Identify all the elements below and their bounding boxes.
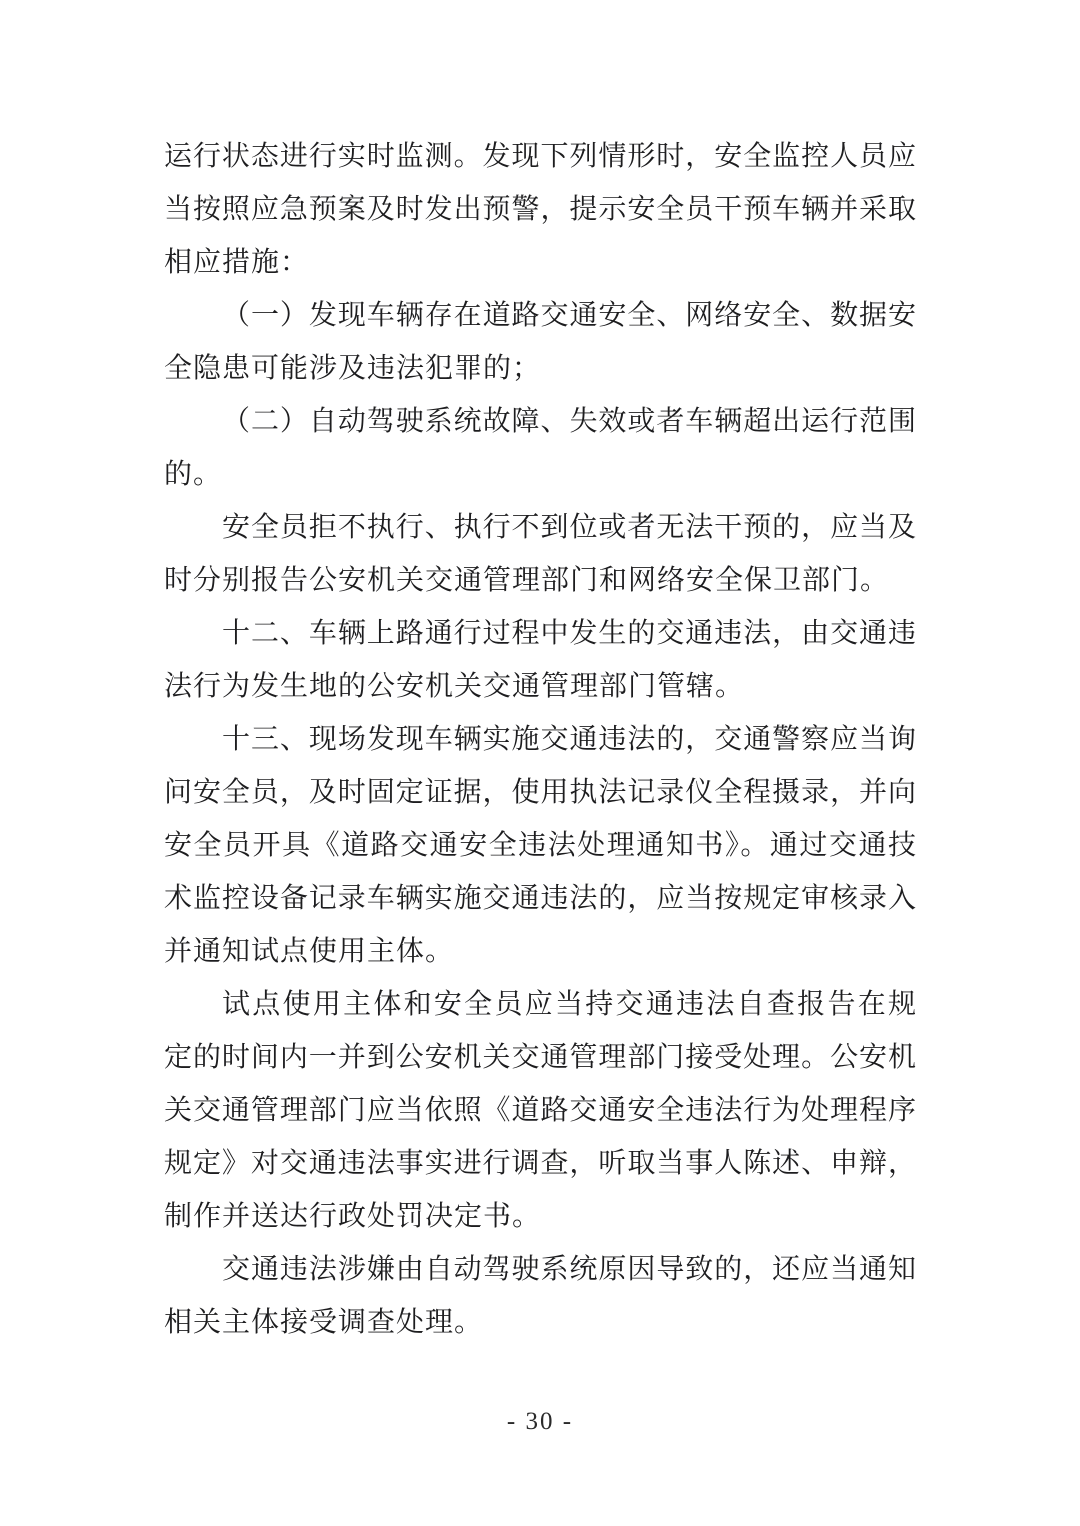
text-line: 交通违法涉嫌由自动驾驶系统原因导致的，还应当通知 bbox=[164, 1243, 916, 1296]
document-page: 运行状态进行实时监测。发现下列情形时，安全监控人员应当按照应急预案及时发出预警，… bbox=[0, 0, 1080, 1526]
text-line: （二）自动驾驶系统故障、失效或者车辆超出运行范围 bbox=[164, 395, 916, 448]
text-line: 安全员拒不执行、执行不到位或者无法干预的，应当及 bbox=[164, 501, 916, 554]
text-line: 十二、车辆上路通行过程中发生的交通违法，由交通违 bbox=[164, 607, 916, 660]
document-body: 运行状态进行实时监测。发现下列情形时，安全监控人员应当按照应急预案及时发出预警，… bbox=[164, 130, 916, 1349]
text-line: 术监控设备记录车辆实施交通违法的，应当按规定审核录入 bbox=[164, 872, 916, 925]
text-line: 相关主体接受调查处理。 bbox=[164, 1296, 916, 1349]
text-line: 相应措施： bbox=[164, 236, 916, 289]
text-line: 规定》对交通违法事实进行调查，听取当事人陈述、申辩， bbox=[164, 1137, 916, 1190]
text-line: 时分别报告公安机关交通管理部门和网络安全保卫部门。 bbox=[164, 554, 916, 607]
text-line: 定的时间内一并到公安机关交通管理部门接受处理。公安机 bbox=[164, 1031, 916, 1084]
text-line: 的。 bbox=[164, 448, 916, 501]
text-line: 当按照应急预案及时发出预警，提示安全员干预车辆并采取 bbox=[164, 183, 916, 236]
text-line: （一）发现车辆存在道路交通安全、网络安全、数据安 bbox=[164, 289, 916, 342]
text-line: 试点使用主体和安全员应当持交通违法自查报告在规 bbox=[164, 978, 916, 1031]
text-line: 问安全员，及时固定证据，使用执法记录仪全程摄录，并向 bbox=[164, 766, 916, 819]
text-line: 全隐患可能涉及违法犯罪的； bbox=[164, 342, 916, 395]
text-line: 安全员开具《道路交通安全违法处理通知书》。通过交通技 bbox=[164, 819, 916, 872]
text-line: 关交通管理部门应当依照《道路交通安全违法行为处理程序 bbox=[164, 1084, 916, 1137]
text-line: 制作并送达行政处罚决定书。 bbox=[164, 1190, 916, 1243]
page-number: - 30 - bbox=[0, 1402, 1080, 1442]
text-line: 运行状态进行实时监测。发现下列情形时，安全监控人员应 bbox=[164, 130, 916, 183]
text-line: 并通知试点使用主体。 bbox=[164, 925, 916, 978]
text-line: 十三、现场发现车辆实施交通违法的，交通警察应当询 bbox=[164, 713, 916, 766]
text-line: 法行为发生地的公安机关交通管理部门管辖。 bbox=[164, 660, 916, 713]
